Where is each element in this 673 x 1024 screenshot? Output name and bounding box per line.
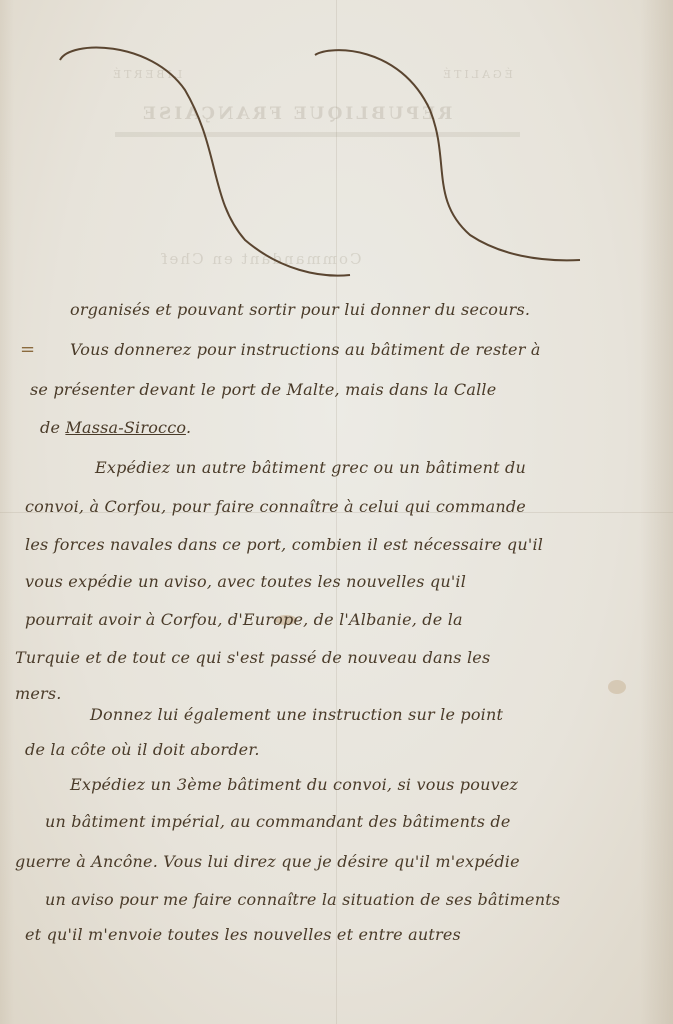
text-line-13: de la côte où il doit aborder. [25, 740, 260, 759]
text-line-12: Donnez lui également une instruction sur… [90, 705, 503, 724]
text-line-16: guerre à Ancône. Vous lui direz que je d… [15, 852, 520, 871]
text-line-5: Expédiez un autre bâtiment grec ou un bâ… [95, 458, 526, 477]
text-line-14: Expédiez un 3ème bâtiment du convoi, si … [70, 775, 518, 794]
text-line-7: les forces navales dans ce port, combien… [25, 535, 543, 554]
text-line-18: et qu'il m'envoie toutes les nouvelles e… [25, 925, 461, 944]
text-line-15: un bâtiment impérial, au commandant des … [45, 812, 511, 831]
text-line-17: un aviso pour me faire connaître la situ… [45, 890, 560, 909]
text-line-1: organisés et pouvant sortir pour lui don… [70, 300, 530, 319]
decorative-flourish-icon [0, 0, 673, 300]
margin-mark: = [20, 339, 35, 360]
text-line-4: de Massa-Sirocco. [40, 418, 191, 437]
manuscript-page: LIBERTÉ ÉGALITÉ RÉPUBLIQUE FRANÇAISE Com… [0, 0, 673, 1024]
text-line-11: mers. [15, 684, 62, 703]
text-line-10: Turquie et de tout ce qui s'est passé de… [15, 648, 490, 667]
text-line-9: pourrait avoir à Corfou, d'Europe, de l'… [25, 610, 463, 629]
text-line-3: se présenter devant le port de Malte, ma… [30, 380, 496, 399]
text-line-6: convoi, à Corfou, pour faire connaître à… [25, 497, 526, 516]
text-line-4-after: . [186, 418, 191, 437]
text-line-2: Vous donnerez pour instructions au bâtim… [70, 340, 541, 359]
ink-stain [608, 680, 626, 694]
text-line-8: vous expédie un aviso, avec toutes les n… [25, 572, 466, 591]
text-line-4-before: de [40, 418, 65, 437]
place-name-underlined: Massa-Sirocco [65, 418, 186, 437]
